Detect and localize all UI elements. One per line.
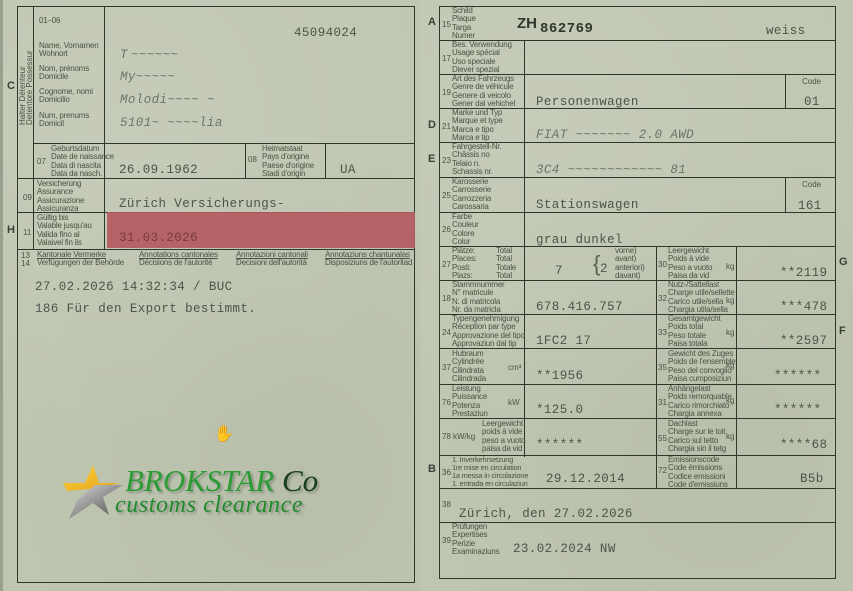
place-and-date: Zürich, den 27.02.2026 bbox=[459, 507, 633, 521]
body-code: 161 bbox=[798, 199, 822, 213]
chassis-label: Fahrgestell-Nr. Châssis no Telaio n. Sch… bbox=[452, 143, 501, 177]
body-code-label: Code bbox=[802, 180, 821, 189]
section-letter-f: F bbox=[839, 325, 846, 337]
field-number-30: 30 bbox=[658, 260, 667, 269]
field-number-55: 55 bbox=[658, 434, 667, 443]
holder-name-line-2: My~~~~~ bbox=[120, 70, 175, 84]
field-number-32: 32 bbox=[658, 294, 667, 303]
field-number-37: 37 bbox=[442, 363, 451, 372]
type-approval-label: Typengenehmigung Réception par type Appr… bbox=[452, 315, 525, 349]
section-letter-c: C bbox=[7, 80, 15, 92]
field-number-39: 39 bbox=[442, 536, 451, 545]
displacement-label: Hubraum Cylindrée Cilindrata Cilindrada bbox=[452, 350, 486, 384]
field-number-18: 18 bbox=[442, 294, 451, 303]
color-label: Farbe Couleur Colore Colur bbox=[452, 213, 479, 247]
matricule-label: Stammnummer N° matricule N. di matricola… bbox=[452, 281, 504, 315]
power: *125.0 bbox=[536, 403, 583, 417]
train-weight-unit: kg bbox=[726, 361, 734, 370]
power-ratio-unit: kW/kg bbox=[453, 432, 475, 441]
trailer-load-label: Anhängelast Poids remorquable Carico rim… bbox=[668, 385, 732, 419]
field-number-23: 23 bbox=[442, 156, 451, 165]
field-number-78: 78 bbox=[442, 432, 451, 441]
roof-load-label: Dachlast Charge sur le toit Carico sul t… bbox=[668, 420, 726, 454]
inspection-date: 23.02.2024 NW bbox=[513, 542, 616, 556]
section-letter-g: G bbox=[839, 256, 848, 268]
holder-label-de: Name, Vornamen Wohnort bbox=[39, 42, 98, 59]
total-weight: **2597 bbox=[780, 334, 827, 348]
seats-total-label: Total Total Totale Total bbox=[496, 247, 516, 281]
field-number-72: 72 bbox=[658, 466, 667, 475]
field-number-33: 33 bbox=[658, 328, 667, 337]
seats-front-label: vorne) avant) anteriori) davant) bbox=[615, 247, 645, 281]
holder-label-it: Cognome, nomi Domicilio bbox=[39, 88, 93, 105]
power-ratio: ****** bbox=[536, 438, 583, 452]
section-letter-a: A bbox=[428, 16, 436, 28]
payload-weight: ***478 bbox=[780, 300, 827, 314]
field-number-17: 17 bbox=[442, 54, 451, 63]
trailer-load: ****** bbox=[774, 403, 821, 417]
valid-until-date: 31.03.2026 bbox=[119, 231, 198, 245]
empty-weight-unit: kg bbox=[726, 262, 734, 271]
field-number-19: 19 bbox=[442, 88, 451, 97]
trailer-load-unit: kg bbox=[726, 396, 734, 405]
holder-rotated-label-2: Detentore Possessur bbox=[26, 50, 34, 125]
section-letter-h: H bbox=[7, 224, 15, 236]
total-weight-label: Gesamtgewicht Poids total Peso totale Pa… bbox=[668, 315, 721, 349]
first-registration-label: 1. Inverkehrsetzung 1re mise en circulat… bbox=[452, 456, 528, 488]
hand-cursor-icon: ✋ bbox=[214, 424, 234, 444]
vehicle-type-label: Art des Fahrzeugs Genre de véhicule Gene… bbox=[452, 75, 515, 109]
seats-total: 7 bbox=[555, 264, 563, 278]
holder-name-line-1: T ~~~~~~ bbox=[120, 48, 178, 62]
holder-name-line-3: Molodi~~~~ ~ bbox=[120, 93, 215, 107]
train-weight: ****** bbox=[774, 369, 821, 383]
emission-code-label: Emissionscode Code émissions Codice emis… bbox=[668, 456, 728, 490]
holder-address: 5101~ ~~~~lia bbox=[120, 116, 223, 130]
field-number-31: 31 bbox=[658, 398, 667, 407]
field-number-11: 11 bbox=[23, 228, 31, 237]
field-number-36: 36 bbox=[442, 468, 451, 477]
decisions-header-it: Decisioni dell'autorità bbox=[236, 259, 307, 267]
total-weight-unit: kg bbox=[726, 328, 734, 337]
make-model: FIAT ~~~~~~~ 2.0 AWD bbox=[536, 128, 694, 142]
roof-load: ****68 bbox=[780, 438, 827, 452]
birth-label: Geburtsdatum Date de naissance Data di n… bbox=[51, 145, 114, 179]
vehicle-type: Personenwagen bbox=[536, 95, 639, 109]
power-unit: kW bbox=[508, 398, 520, 407]
field-number-35: 35 bbox=[658, 363, 667, 372]
field-number-21: 21 bbox=[442, 122, 451, 131]
field-number-26: 26 bbox=[442, 225, 451, 234]
decisions-header-fr: Décisions de l'autorité bbox=[139, 259, 212, 267]
make-label: Marke und Typ Marque et type Marca e tip… bbox=[452, 109, 503, 143]
logo-subtitle: customs clearance bbox=[115, 492, 303, 519]
vehicle-color: grau dunkel bbox=[536, 233, 623, 247]
seats-front: 2 bbox=[600, 262, 608, 276]
annotation-export-note: 186 Für den Export bestimmt. bbox=[35, 302, 256, 316]
displacement-unit: cm³ bbox=[508, 363, 521, 372]
vehicle-type-code: 01 bbox=[804, 95, 820, 109]
empty-weight-label: Leergewicht Poids à vide Peso a vuoto Pa… bbox=[668, 247, 712, 281]
vehicle-type-code-label: Code bbox=[802, 77, 821, 86]
field-number-38: 38 bbox=[442, 500, 451, 509]
annotation-timestamp: 27.02.2026 14:32:34 / BUC bbox=[35, 280, 233, 294]
seats-label: Plätze: Places: Posti: Plazs: bbox=[452, 247, 477, 281]
empty-weight: **2119 bbox=[780, 266, 827, 280]
field-number-24: 24 bbox=[442, 328, 451, 337]
field-number-25: 25 bbox=[442, 191, 451, 200]
holder-label-fr: Nom, prénoms Domicile bbox=[39, 65, 89, 82]
origin-country: UA bbox=[340, 163, 356, 177]
field-number-15: 15 bbox=[442, 20, 451, 29]
emission-code: B5b bbox=[800, 472, 824, 486]
body-label: Karosserie Carrosserie Carrozzeria Caros… bbox=[452, 178, 491, 212]
field-number-09: 09 bbox=[23, 193, 32, 202]
section-letter-b: B bbox=[428, 463, 436, 475]
birth-date: 26.09.1962 bbox=[119, 163, 198, 177]
field-number-27: 27 bbox=[442, 260, 451, 269]
roof-load-unit: kg bbox=[726, 432, 734, 441]
right-page: A D E B G F 15 Schild Plaque Targa Numer… bbox=[420, 0, 853, 591]
insurance-label: Versicherung Assurance Assicurazione Ass… bbox=[37, 180, 84, 214]
special-use-label: Bes. Verwendung Usage spécial Uso specia… bbox=[452, 41, 512, 75]
section-letter-e: E bbox=[428, 153, 435, 165]
field-number-07: 07 bbox=[37, 157, 46, 166]
payload-label: Nutz-/Sattellast Charge utile/sellette C… bbox=[668, 281, 735, 315]
plate-number: 862769 bbox=[540, 21, 593, 37]
chassis-number: 3C4 ~~~~~~~~~~~~ 81 bbox=[536, 163, 686, 177]
field-number-08: 08 bbox=[248, 155, 257, 164]
power-ratio-label: Leergewicht poids à vide peso a vuoto pa… bbox=[482, 420, 525, 454]
type-approval: 1FC2 17 bbox=[536, 334, 591, 348]
field-number-14: 14 bbox=[21, 259, 30, 268]
plate-color: weiss bbox=[766, 24, 806, 38]
decisions-header-rm: Disposiziuns de l'autoritad bbox=[325, 259, 412, 267]
valid-until-label: Gültig bis Valable jusqu'au Valida fino … bbox=[37, 214, 92, 248]
field-number-76: 76 bbox=[442, 398, 451, 407]
displacement: **1956 bbox=[536, 369, 583, 383]
payload-unit: kg bbox=[726, 296, 734, 305]
insurance-company: Zürich Versicherungs- bbox=[119, 197, 285, 211]
matricule-number: 678.416.757 bbox=[536, 300, 623, 314]
power-label: Leistung Puissance Potenza Prestaziun bbox=[452, 385, 488, 419]
holder-code: 01–06 bbox=[39, 17, 60, 25]
inspections-label: Prüfungen Expertises Perizie Examinaziun… bbox=[452, 523, 499, 557]
section-letter-d: D bbox=[428, 119, 436, 131]
plate-label: Schild Plaque Targa Numer bbox=[452, 7, 476, 41]
decisions-header-de: Verfügungen der Behörde bbox=[37, 259, 124, 267]
document-number: 45094024 bbox=[294, 26, 357, 40]
left-page: C H Halter Détenteur Detentore Possessur… bbox=[0, 0, 420, 591]
first-registration-date: 29.12.2014 bbox=[546, 472, 625, 486]
body-type: Stationswagen bbox=[536, 198, 639, 212]
origin-label: Heimatstaat Pays d'origine Paese d'origi… bbox=[262, 145, 314, 179]
star-logo-icon bbox=[59, 463, 123, 523]
plate-canton: ZH bbox=[517, 15, 537, 32]
holder-label-rm: Num, prenums Domicil bbox=[39, 112, 89, 129]
